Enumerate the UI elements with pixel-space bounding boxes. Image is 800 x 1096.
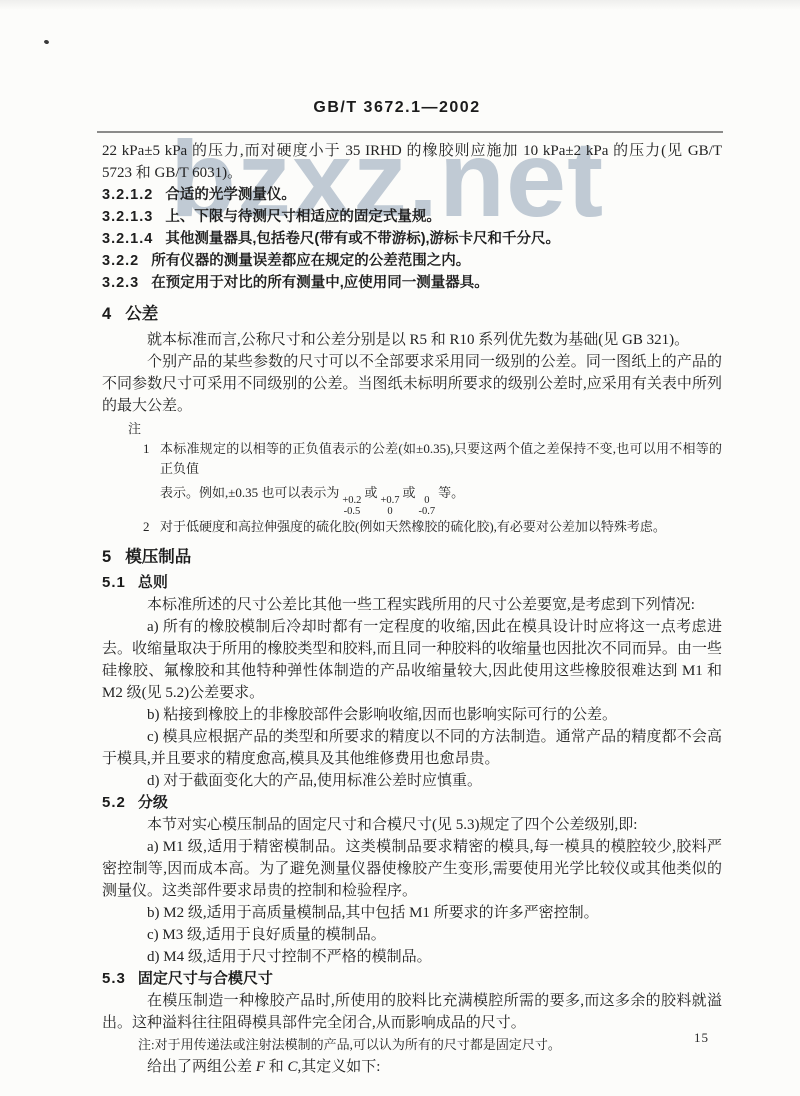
section-4-paragraph-2: 个别产品的某些参数的尺寸可以不全部要求采用同一级别的公差。同一图纸上的产品的不同…	[102, 351, 722, 417]
list-item-c: c) 模具应根据产品的类型和所要求的精度以不同的方法制造。通常产品的精度都不会高…	[102, 726, 722, 770]
clause-3-2-1-4: 3.2.1.4其他测量器具,包括卷尺(带有或不带游标),游标卡尺和千分尺。	[102, 228, 722, 250]
closing-text: ,其定义如下:	[297, 1059, 380, 1075]
tolerance-fraction-2: +0.70	[380, 495, 399, 517]
continued-paragraph: 22 kPa±5 kPa 的压力,而对硬度小于 35 IRHD 的橡胶则应施加 …	[102, 140, 722, 184]
note-1: 1 本标准规定的以相等的正负值表示的公差(如±0.35),只要这两个值之差保持不…	[143, 439, 722, 517]
clause-title: 其他测量器具,包括卷尺(带有或不带游标),游标卡尺和千分尺。	[165, 231, 560, 247]
section-number: 4	[102, 305, 111, 323]
list-item-a: a) M1 级,适用于精密模制品。这类模制品要求精密的模具,每一模具的模腔较少,…	[102, 836, 722, 902]
tolerance-symbol-C: C	[287, 1059, 297, 1075]
section-5-2-heading: 5.2分级	[102, 792, 722, 814]
fraction-separator: 或	[364, 485, 377, 500]
note-1-line-2-suffix: 等。	[438, 485, 464, 500]
section-5-1-paragraph: 本标准所述的尺寸公差比其他一些工程实践所用的尺寸公差要宽,是考虑到下列情况:	[102, 594, 722, 616]
section-5-2-paragraph: 本节对实心模压制品的固定尺寸和合模尺寸(见 5.3)规定了四个公差级别,即:	[102, 814, 722, 836]
section-number: 5	[102, 548, 111, 566]
note-number: 2	[143, 517, 160, 537]
clause-3-2-2: 3.2.2所有仪器的测量误差都应在规定的公差范围之内。	[102, 250, 722, 272]
clause-title: 合适的光学测量仪。	[165, 187, 296, 203]
list-item-c: c) M3 级,适用于良好质量的模制品。	[102, 924, 722, 946]
clause-3-2-1-2: 3.2.1.2合适的光学测量仪。	[102, 184, 722, 206]
section-title: 公差	[125, 305, 158, 323]
clause-number: 3.2.1.3	[102, 209, 153, 225]
list-item-a: a) 所有的橡胶模制后冷却时都有一定程度的收缩,因此在模具设计时应将这一点考虑进…	[102, 616, 722, 704]
clause-title: 上、下限与待测尺寸相适应的固定式量规。	[165, 209, 441, 225]
closing-text: 和	[265, 1059, 288, 1075]
note-1-line-2: 表示。例如,±0.35 也可以表示为+0.2-0.5或+0.70或0-0.7等。	[160, 479, 722, 517]
subsection-number: 5.1	[102, 574, 126, 591]
section-4-paragraph-1: 就本标准而言,公称尺寸和公差分别是以 R5 和 R10 系列优先数为基础(见 G…	[102, 329, 722, 351]
fraction-lower: -0.7	[419, 506, 436, 517]
tolerance-symbol-F: F	[256, 1059, 265, 1075]
section-5-1-heading: 5.1总则	[102, 572, 722, 594]
note-body: 本标准规定的以相等的正负值表示的公差(如±0.35),只要这两个值之差保持不变,…	[160, 439, 722, 517]
subsection-number: 5.3	[102, 970, 126, 987]
clause-number: 3.2.1.4	[102, 231, 153, 247]
fraction-lower: 0	[387, 506, 392, 517]
section-4-heading: 4公差	[102, 302, 722, 326]
subsection-title: 固定尺寸与合模尺寸	[138, 970, 273, 987]
subsection-title: 总则	[138, 574, 168, 591]
clause-number: 3.2.3	[102, 275, 139, 291]
section-5-3-closing-paragraph: 给出了两组公差 F 和 C,其定义如下:	[102, 1056, 722, 1078]
doc-number: GB/T 3672.1—2002	[102, 99, 692, 117]
subsection-number: 5.2	[102, 794, 126, 811]
fraction-upper: +0.2	[342, 495, 361, 506]
list-item-b: b) M2 级,适用于高质量模制品,其中包括 M1 所要求的许多严密控制。	[102, 902, 722, 924]
clause-title: 所有仪器的测量误差都应在规定的公差范围之内。	[151, 253, 470, 269]
note-number: 1	[143, 439, 160, 517]
clause-3-2-3: 3.2.3在预定用于对比的所有测量中,应使用同一测量器具。	[102, 272, 722, 294]
clause-title: 在预定用于对比的所有测量中,应使用同一测量器具。	[151, 275, 489, 291]
section-5-3-paragraph: 在模压制造一种橡胶产品时,所使用的胶料比充满模腔所需的要多,而这多余的胶料就溢出…	[102, 990, 722, 1034]
note-1-line-2-prefix: 表示。例如,±0.35 也可以表示为	[160, 485, 339, 500]
list-item-d: d) 对于截面变化大的产品,使用标准公差时应慎重。	[102, 770, 722, 792]
note-2: 2 对于低硬度和高拉伸强度的硫化胶(例如天然橡胶的硫化胶),有必要对公差加以特殊…	[143, 517, 722, 537]
section-5-heading: 5模压制品	[102, 545, 722, 569]
fraction-upper: +0.7	[380, 495, 399, 506]
tolerance-fraction-1: +0.2-0.5	[342, 495, 361, 517]
list-item-b: b) 粘接到橡胶上的非橡胶部件会影响收缩,因而也影响实际可行的公差。	[102, 704, 722, 726]
tolerance-fraction-3: 0-0.7	[419, 495, 436, 517]
fraction-upper: 0	[424, 495, 429, 506]
section-5-3-note: 注:对于用传递法或注射法模制的产品,可以认为所有的尺寸都是固定尺寸。	[138, 1034, 722, 1056]
subsection-title: 分级	[138, 794, 168, 811]
note-1-line-1: 本标准规定的以相等的正负值表示的公差(如±0.35),只要这两个值之差保持不变,…	[160, 439, 722, 479]
note-body: 对于低硬度和高拉伸强度的硫化胶(例如天然橡胶的硫化胶),有必要对公差加以特殊考虑…	[160, 517, 722, 537]
section-5-3-heading: 5.3固定尺寸与合模尺寸	[102, 968, 722, 990]
note-label: 注	[128, 419, 722, 439]
section-title: 模压制品	[125, 548, 191, 566]
fraction-separator: 或	[403, 485, 416, 500]
header-rule	[97, 131, 723, 133]
clause-3-2-1-3: 3.2.1.3上、下限与待测尺寸相适应的固定式量规。	[102, 206, 722, 228]
clause-number: 3.2.2	[102, 253, 139, 269]
fraction-lower: -0.5	[344, 506, 361, 517]
ink-speck	[44, 39, 50, 44]
closing-text: 给出了两组公差	[147, 1059, 256, 1075]
page-content: 22 kPa±5 kPa 的压力,而对硬度小于 35 IRHD 的橡胶则应施加 …	[102, 140, 722, 1078]
document-page: bzxz.net GB/T 3672.1—2002 22 kPa±5 kPa 的…	[0, 0, 800, 1096]
list-item-d: d) M4 级,适用于尺寸控制不严格的模制品。	[102, 946, 722, 968]
clause-number: 3.2.1.2	[102, 187, 153, 203]
